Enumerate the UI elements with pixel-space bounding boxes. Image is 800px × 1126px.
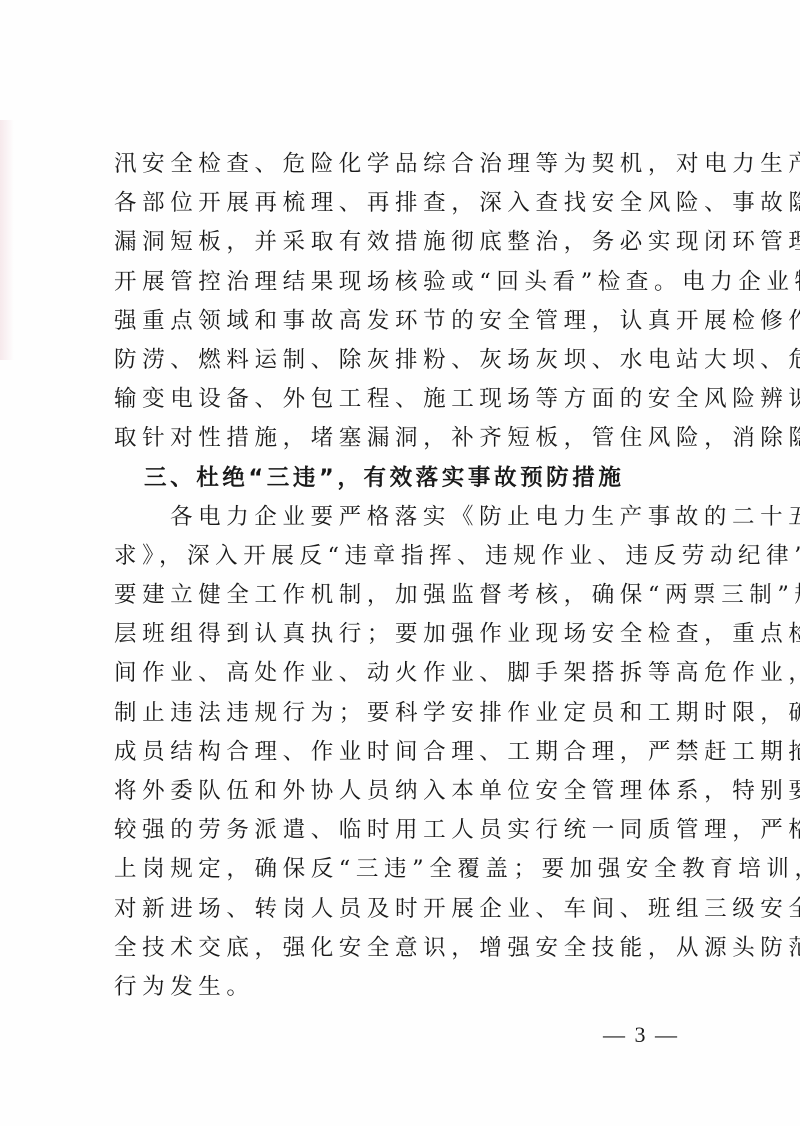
paragraph-line: 上岗规定，确保反“三违”全覆盖；要加强安全教育培训，特别要: [114, 850, 714, 889]
paragraph-line: 间作业、高处作业、动火作业、脚手架搭拆等高危作业，及时纠正: [114, 654, 714, 693]
paragraph-line: 输变电设备、外包工程、施工现场等方面的安全风险辨识评估，采: [114, 380, 714, 419]
paragraph-line: 汛安全检查、危险化学品综合治理等为契机，对电力生产各环节、: [114, 145, 714, 184]
paragraph-line: 各电力企业要严格落实《防止电力生产事故的二十五项重点要: [114, 498, 714, 537]
paragraph-line: 将外委队伍和外协人员纳入本单位安全管理体系，特别要对流动性: [114, 772, 714, 811]
paragraph-line: 行为发生。: [114, 968, 714, 1007]
paragraph-line: 防涝、燃料运制、除灰排粉、灰场灰坝、水电站大坝、危险化学品、: [114, 341, 714, 380]
paragraph-line: 制止违法违规行为；要科学安排作业定员和工期时限，确保工作班: [114, 694, 714, 733]
paragraph-line: 漏洞短板，并采取有效措施彻底整治，务必实现闭环管理，必要时: [114, 223, 714, 262]
paragraph-line: 层班组得到认真执行；要加强作业现场安全检查，重点检查有限空: [114, 615, 714, 654]
paragraph-line: 要建立健全工作机制，加强监督考核，确保“两票三制”规定在基: [114, 576, 714, 615]
paragraph-line: 各部位开展再梳理、再排查，深入查找安全风险、事故隐患及管理: [114, 184, 714, 223]
section-heading: 三、杜绝“三违”，有效落实事故预防措施: [114, 459, 714, 498]
paragraph-line: 较强的劳务派遣、临时用工人员实行统一同质管理，严格执行持证: [114, 811, 714, 850]
paragraph-line: 开展管控治理结果现场核验或“回头看”检查。电力企业特别要加: [114, 263, 714, 302]
paragraph-line: 取针对性措施，堵塞漏洞，补齐短板，管住风险，消除隐患。: [114, 419, 714, 458]
page-number: — 3 —: [603, 1020, 679, 1050]
paragraph-line: 成员结构合理、作业时间合理、工期合理，严禁赶工期抢进度；要: [114, 733, 714, 772]
paragraph-line: 求》，深入开展反“违章指挥、违规作业、违反劳动纪律”工作。: [114, 537, 714, 576]
paragraph-line: 强重点领域和事故高发环节的安全管理，认真开展检修作业、防汛: [114, 302, 714, 341]
paragraph-line: 全技术交底，强化安全意识，增强安全技能，从源头防范“三违”: [114, 929, 714, 968]
document-body: 汛安全检查、危险化学品综合治理等为契机，对电力生产各环节、 各部位开展再梳理、再…: [114, 145, 714, 1007]
page-edge-shadow: [0, 120, 14, 360]
paragraph-line: 对新进场、转岗人员及时开展企业、车间、班组三级安全教育和安: [114, 890, 714, 929]
